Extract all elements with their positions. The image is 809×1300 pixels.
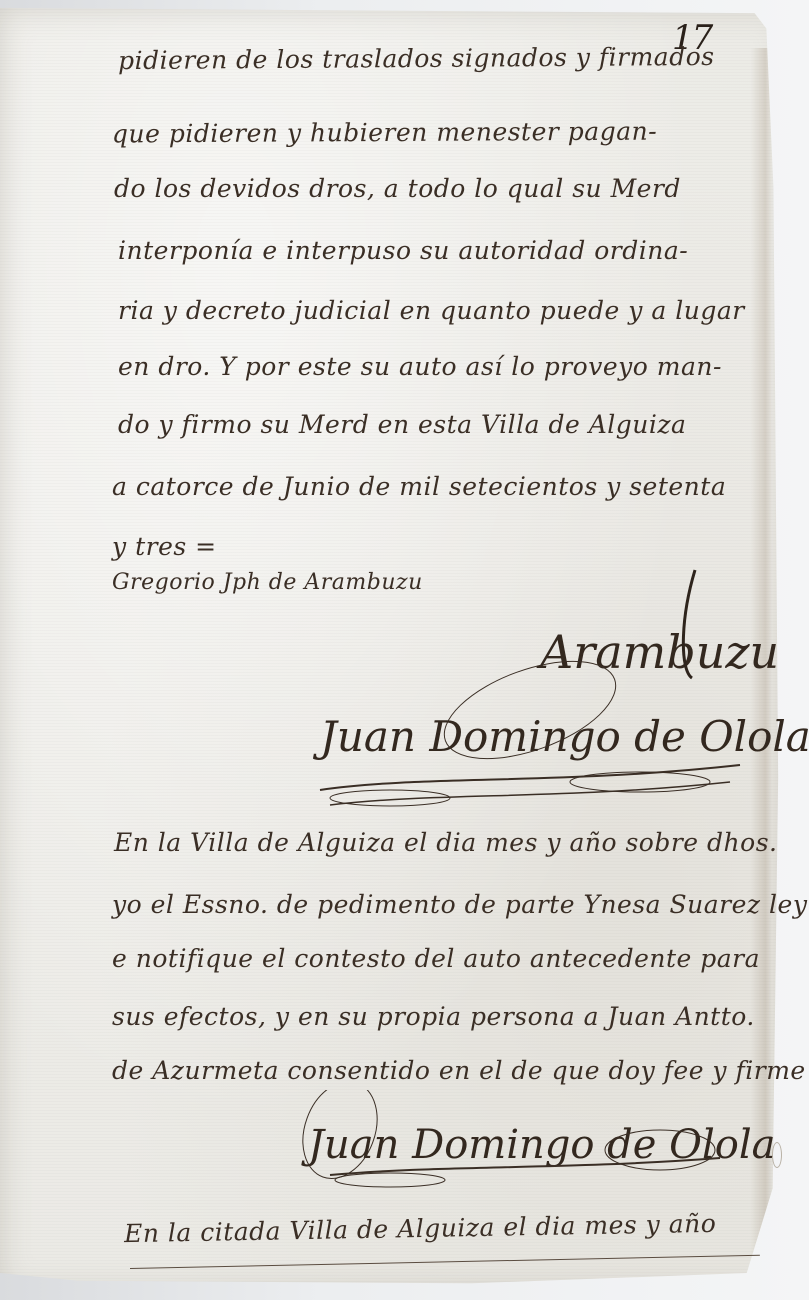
notification-line-4: sus efectos, y en su propia persona a Ju… [112, 1002, 755, 1031]
body-line-2: que pidieren y hubieren menester pagan- [112, 117, 657, 149]
signature-juan-domingo-1: Juan Domingo de Olola [320, 712, 809, 761]
body-line-1: pidieren de los traslados signados y fir… [118, 42, 715, 75]
body-line-4: interponía e interpuso su autoridad ordi… [118, 236, 688, 265]
body-line-8: a catorce de Junio de mil setecientos y … [112, 472, 726, 501]
notification-line-2: yo el Essno. de pedimento de parte Ynesa… [112, 890, 807, 919]
notification-line-1: En la Villa de Alguiza el dia mes y año … [114, 828, 777, 857]
signatory-line: Gregorio Jph de Arambuzu [112, 570, 423, 595]
body-line-9: y tres = [112, 532, 217, 561]
body-line-7: do y firmo su Merd en esta Villa de Algu… [118, 410, 686, 439]
signature-arambuzu: Arambuzu [540, 625, 779, 679]
body-line-5: ria y decreto judicial en quanto puede y… [118, 296, 745, 325]
signature-juan-domingo-2: Juan Domingo de Olola [308, 1122, 775, 1168]
body-line-6: en dro. Y por este su auto así lo provey… [118, 352, 722, 381]
body-line-3: do los devidos dros, a todo lo qual su M… [114, 174, 681, 203]
notification-line-5: de Azurmeta consentido en el de que doy … [112, 1056, 809, 1085]
notification-line-3: e notifique el contesto del auto anteced… [112, 944, 760, 973]
